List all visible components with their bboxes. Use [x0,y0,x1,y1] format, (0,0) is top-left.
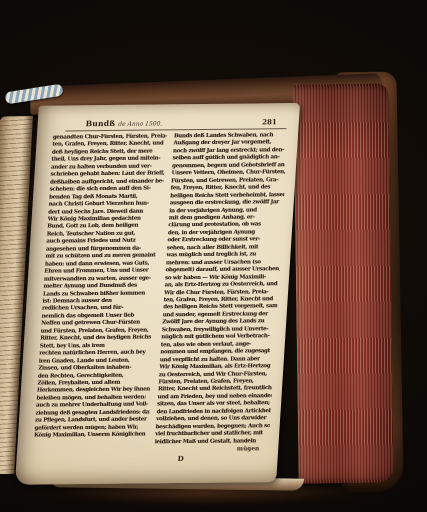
text-line: schehen: die sich enden auff den Si- [49,186,164,195]
red-fore-edge [293,83,394,483]
text-line: nach Christi Geburt Vierzehen hun- [48,200,163,209]
column-right: Bunds deß Landes Schwaben, nachAußgang d… [153,132,288,463]
text-line: König Maximilian, Unserm Königlichen [34,431,149,440]
page-content: Bundß de Anno 1500. 281 genandten Chur-F… [15,103,300,485]
column-right-lines: Bunds deß Landes Schwaben, nachAußgang d… [154,132,288,446]
header-rule [65,128,286,131]
column-left: genandten Chur-Fürsten, Fürsten, Prela-t… [32,133,167,464]
text-columns: genandten Chur-Fürsten, Fürsten, Prela-t… [32,132,292,465]
header-annotation: de Anno 1500. [118,120,163,127]
page-header: Bundß de Anno 1500. 281 [53,117,293,129]
page-number: 281 [262,117,277,126]
text-line: ausgeen die erstreckung, die zwölff Jar [169,199,284,208]
text-line: rechten natürlichen Herren, auch bey [39,349,154,358]
signature-mark: D [153,453,268,463]
header-title: Bundß [85,119,115,128]
photo-background: Bundß de Anno 1500. 281 genandten Chur-F… [0,0,427,512]
book-page: Bundß de Anno 1500. 281 genandten Chur-F… [15,103,300,485]
